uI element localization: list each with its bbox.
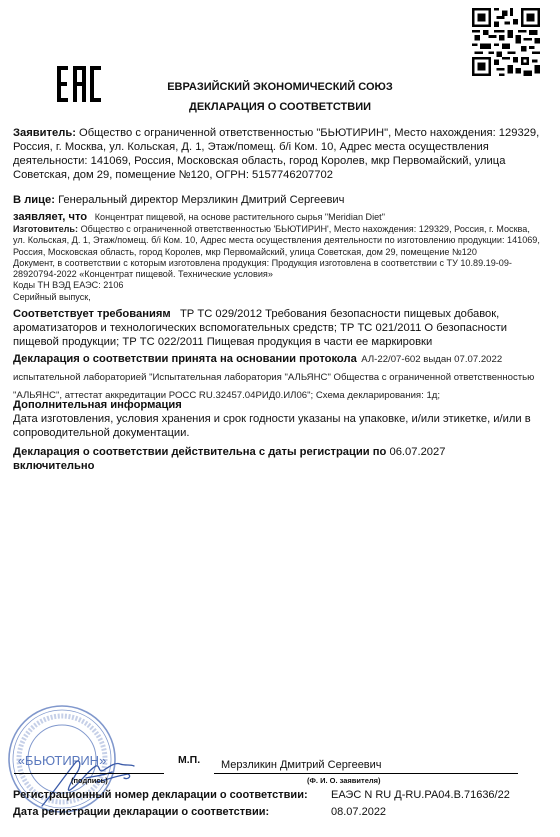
manufacturer-text: Общество с ограниченной ответственностью…: [13, 224, 540, 257]
additional-info-label: Дополнительная информация: [13, 398, 541, 412]
complies-section: Соответствует требованиям ТР ТС 029/2012…: [13, 307, 541, 349]
applicant-section: Заявитель: Общество с ограниченной ответ…: [13, 126, 541, 182]
complies-label: Соответствует требованиям: [13, 308, 171, 320]
protocol-label: Декларация о соответствии принята на осн…: [13, 353, 357, 365]
represented-by-section: В лице: Генеральный директор Мерзликин Д…: [13, 193, 541, 207]
signature-line: [14, 773, 164, 774]
represented-by-label: В лице:: [13, 194, 55, 206]
document-title: ДЕКЛАРАЦИЯ О СООТВЕТСТВИИ: [0, 101, 560, 113]
qr-code-icon: [472, 8, 540, 76]
registration-date: 08.07.2022: [331, 806, 386, 818]
additional-info-section: Дополнительная информация Дата изготовле…: [13, 398, 541, 440]
additional-info-text: Дата изготовления, условия хранения и ср…: [13, 412, 541, 440]
validity-section: Декларация о соответствии действительна …: [13, 445, 541, 473]
name-caption: (Ф. И. О. заявителя): [307, 776, 381, 785]
name-line: [214, 773, 518, 774]
registration-number-label: Регистрационный номер декларации о соотв…: [13, 789, 308, 801]
signature-caption: (подпись): [71, 776, 108, 785]
protocol-section: Декларация о соответствии принята на осн…: [13, 349, 541, 403]
applicant-name: Мерзликин Дмитрий Сергеевич: [221, 759, 382, 771]
manufacturer-label: Изготовитель:: [13, 224, 78, 234]
validity-date: 06.07.2027: [389, 446, 445, 458]
declares-label: заявляет, что: [13, 211, 87, 223]
seal-place-label: М.П.: [178, 754, 200, 766]
declares-section: заявляет, что Концентрат пищевой, на осн…: [13, 210, 541, 303]
registration-date-label: Дата регистрации декларации о соответств…: [13, 806, 269, 818]
applicant-label: Заявитель:: [13, 127, 76, 139]
union-title: ЕВРАЗИЙСКИЙ ЭКОНОМИЧЕСКИЙ СОЮЗ: [0, 81, 560, 93]
represented-by-text: Генеральный директор Мерзликин Дмитрий С…: [58, 194, 344, 206]
release-type: Серийный выпуск,: [13, 292, 541, 303]
product-name: Концентрат пищевой, на основе растительн…: [95, 212, 385, 222]
hs-codes: Коды ТН ВЭД ЕАЭС: 2106: [13, 280, 541, 291]
registration-number: ЕАЭС N RU Д-RU.РА04.В.71636/22: [331, 789, 510, 801]
applicant-text: Общество с ограниченной ответственностью…: [13, 127, 539, 181]
validity-suffix: включительно: [13, 460, 95, 472]
document-basis: Документ, в соответствии с которым изгот…: [13, 258, 541, 281]
validity-label: Декларация о соответствии действительна …: [13, 446, 386, 458]
